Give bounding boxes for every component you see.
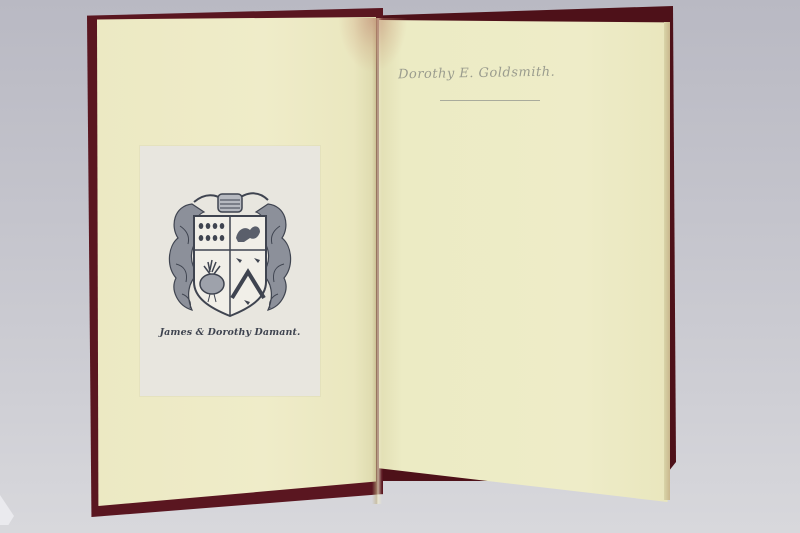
spine-head-stain [338,18,408,73]
page-fore-edge [664,22,670,500]
free-endpaper-page [379,20,669,502]
bookplate: James & Dorothy Damant. [140,146,320,396]
inscription-underline [440,100,540,101]
coat-of-arms-icon [164,186,296,326]
bookplate-owner-name: James & Dorothy Damant. [140,327,320,338]
pencil-inscription: Dorothy E. Goldsmith. [398,65,555,83]
book-gutter [372,18,382,504]
